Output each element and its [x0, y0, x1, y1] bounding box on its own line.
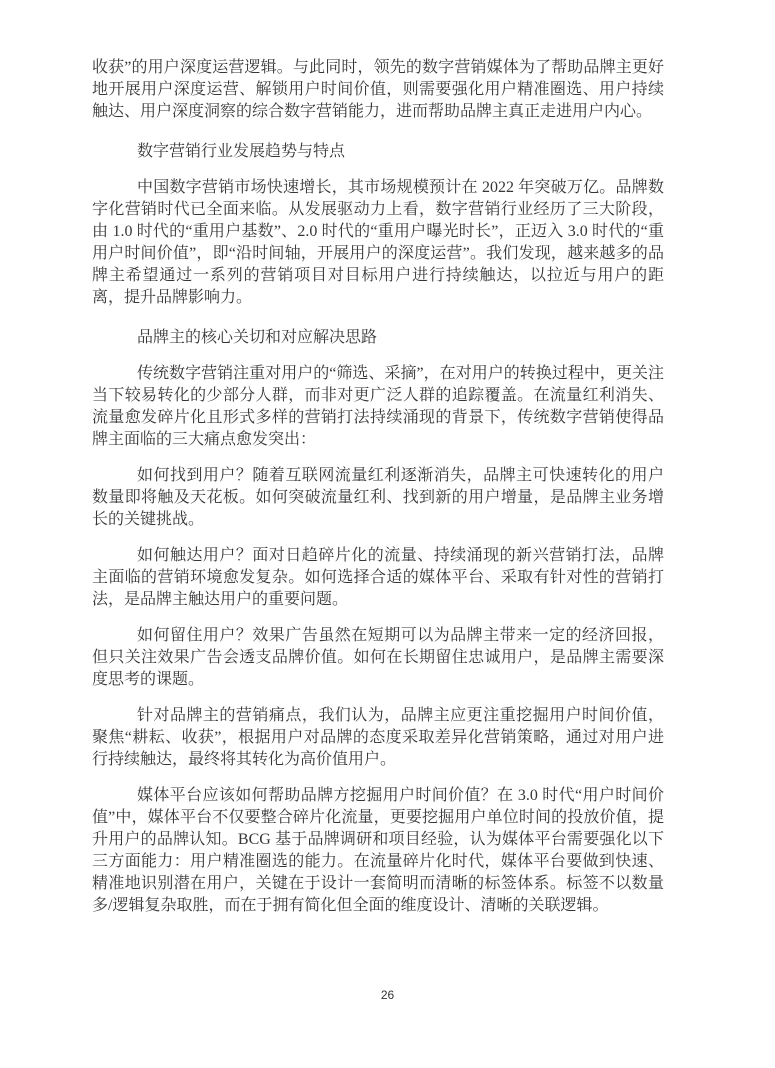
body-paragraph-retain-users: 如何留住用户？效果广告虽然在短期可以为品牌主带来一定的经济回报，但只关注效果广告… [92, 625, 664, 691]
section-heading-industry-trends: 数字营销行业发展趋势与特点 [92, 141, 664, 163]
body-paragraph-market-growth: 中国数字营销市场快速增长，其市场规模预计在 2022 年突破万亿。品牌数字化营销… [92, 177, 664, 309]
page-body: 收获”的用户深度运营逻辑。与此同时，领先的数字营销媒体为了帮助品牌主更好地开展用… [92, 57, 664, 917]
body-paragraph-media-platform: 媒体平台应该如何帮助品牌方挖掘用户时间价值？在 3.0 时代“用户时间价值”中，… [92, 785, 664, 917]
body-paragraph-traditional-marketing: 传统数字营销注重对用户的“筛选、采摘”，在对用户的转换过程中，更关注当下较易转化… [92, 363, 664, 451]
body-paragraph-reach-users: 如何触达用户？面对日趋碎片化的流量、持续涌现的新兴营销打法，品牌主面临的营销环境… [92, 545, 664, 611]
body-paragraph-find-users: 如何找到用户？随着互联网流量红利逐渐消失，品牌主可快速转化的用户数量即将触及天花… [92, 465, 664, 531]
section-heading-brand-concerns: 品牌主的核心关切和对应解决思路 [92, 327, 664, 349]
body-paragraph-continuation: 收获”的用户深度运营逻辑。与此同时，领先的数字营销媒体为了帮助品牌主更好地开展用… [92, 57, 664, 123]
page-number: 26 [0, 988, 775, 1002]
document-page: 收获”的用户深度运营逻辑。与此同时，领先的数字营销媒体为了帮助品牌主更好地开展用… [0, 0, 775, 1068]
body-paragraph-pain-points-solution: 针对品牌主的营销痛点，我们认为，品牌主应更注重挖掘用户时间价值，聚焦“耕耘、收获… [92, 705, 664, 771]
